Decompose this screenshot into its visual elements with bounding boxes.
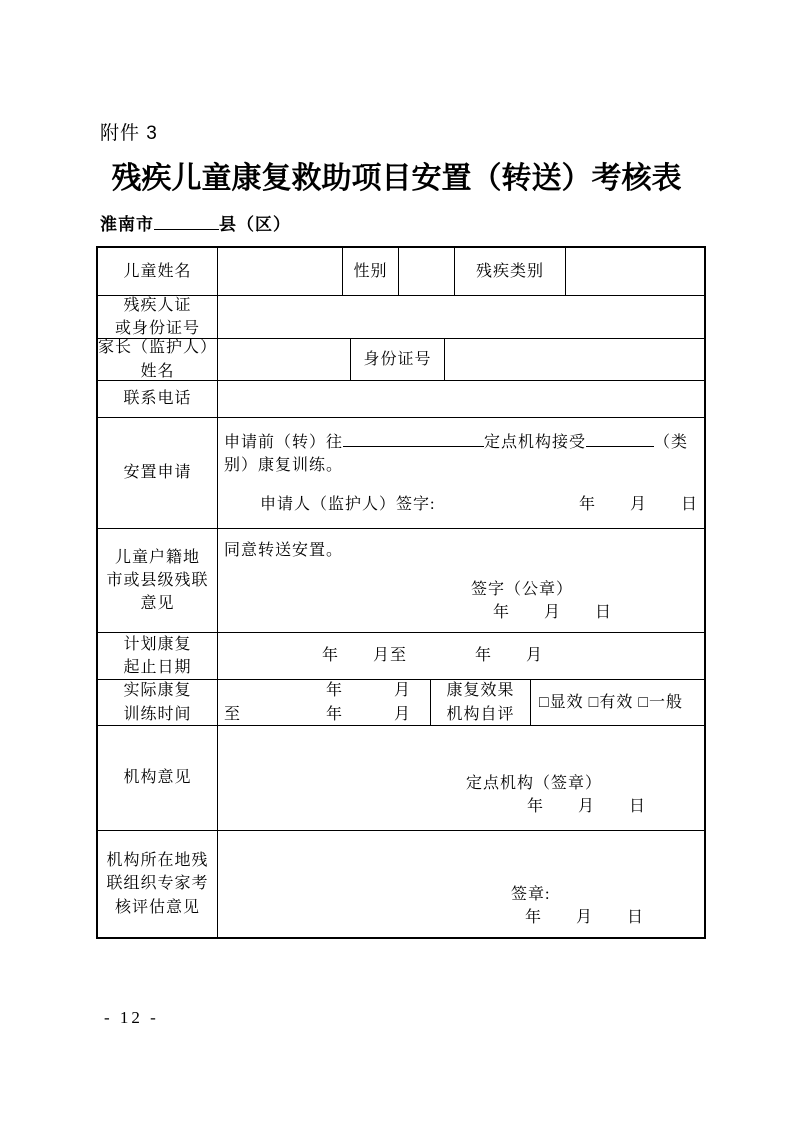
effect-label-line2: 机构自评 — [446, 703, 514, 726]
cert-label-line1: 残疾人证 — [123, 294, 191, 317]
child-name-value-cell — [217, 248, 342, 295]
actual-period-label-cell: 实际康复 训练时间 — [98, 680, 217, 725]
hukou-opinion-label-cell: 儿童户籍地 市或县级残联 意见 — [98, 529, 217, 632]
phone-value-cell — [217, 381, 704, 417]
placement-signature-row: 申请人（监护人）签字: 年 月 日 — [218, 493, 704, 528]
id-number-value-cell — [444, 339, 704, 380]
guardian-label-line1: 家长（监护人） — [98, 336, 217, 359]
placement-label: 安置申请 — [123, 461, 191, 484]
placement-text-before: 申请前（转）往 — [224, 434, 343, 451]
effect-options-cell: □显效 □有效 □一般 — [530, 680, 704, 725]
page-number: - 12 - — [104, 1008, 159, 1028]
effect-checkboxes: □显效 □有效 □一般 — [539, 691, 683, 714]
gender-label-cell: 性别 — [342, 248, 398, 295]
region-suffix: 县（区） — [219, 215, 291, 234]
region-line: 淮南市县（区） — [100, 210, 291, 235]
placement-text-middle: 定点机构接受 — [484, 434, 586, 451]
attachment-label: 附件 3 — [100, 118, 158, 145]
table-row-phone: 联系电话 — [98, 380, 704, 417]
expert-opinion-label-line2: 联组织专家考 — [106, 872, 208, 895]
actual-period-label-line1: 实际康复 — [123, 679, 191, 702]
cert-label-cell: 残疾人证 或身份证号 — [98, 296, 217, 338]
expert-date-text: 年 月 日 — [218, 906, 704, 937]
table-row-institution-opinion: 机构意见 定点机构（签章） 年 月 日 — [98, 725, 704, 830]
planned-period-value: 年 月至 年 月 — [218, 644, 543, 667]
table-row-planned-period: 计划康复 起止日期 年 月至 年 月 — [98, 632, 704, 679]
table-row-placement: 安置申请 申请前（转）往定点机构接受（类别）康复训练。 申请人（监护人）签字: … — [98, 417, 704, 528]
hukou-opinion-label-line3: 意见 — [140, 592, 174, 615]
expert-opinion-label-cell: 机构所在地残 联组织专家考 核评估意见 — [98, 831, 217, 937]
table-row-guardian: 家长（监护人） 姓名 身份证号 — [98, 338, 704, 380]
phone-label: 联系电话 — [123, 387, 191, 410]
assessment-table: 儿童姓名 性别 残疾类别 残疾人证 或身份证号 家长（监护人） 姓名 身份证号 — [96, 246, 706, 939]
gender-value-cell — [398, 248, 454, 295]
id-number-label-cell: 身份证号 — [350, 339, 444, 380]
planned-period-label-line2: 起止日期 — [123, 656, 191, 679]
table-row-actual-period: 实际康复 训练时间 年 月 至 年 月 康复效果 机构自评 □显效 □有效 □一… — [98, 679, 704, 725]
planned-period-value-cell: 年 月至 年 月 — [217, 633, 704, 679]
institution-date-text: 年 月 日 — [218, 795, 704, 830]
expert-opinion-label-line3: 核评估意见 — [115, 896, 200, 919]
child-name-label-cell: 儿童姓名 — [98, 248, 217, 295]
disability-type-value-cell — [565, 248, 704, 295]
actual-period-dates-cell: 年 月 至 年 月 — [217, 680, 430, 725]
category-blank-underline — [586, 432, 654, 447]
child-name-label: 儿童姓名 — [123, 260, 191, 283]
guardian-label-line2: 姓名 — [140, 360, 174, 383]
table-row-child: 儿童姓名 性别 残疾类别 — [98, 248, 704, 295]
institution-opinion-label-cell: 机构意见 — [98, 726, 217, 830]
hukou-opinion-content-cell: 同意转送安置。 签字（公章） 年 月 日 — [217, 529, 704, 632]
id-number-label: 身份证号 — [363, 348, 431, 371]
table-row-cert: 残疾人证 或身份证号 — [98, 295, 704, 338]
hukou-opinion-text: 同意转送安置。 — [218, 529, 704, 562]
institution-signature-label: 定点机构（签章） — [218, 772, 704, 795]
guardian-label-cell: 家长（监护人） 姓名 — [98, 339, 217, 380]
institution-blank-underline — [343, 432, 484, 447]
placement-application-text: 申请前（转）往定点机构接受（类别）康复训练。 — [218, 418, 704, 477]
institution-opinion-label: 机构意见 — [123, 766, 191, 789]
table-row-hukou-opinion: 儿童户籍地 市或县级残联 意见 同意转送安置。 签字（公章） 年 月 日 — [98, 528, 704, 632]
page-title: 残疾儿童康复救助项目安置（转送）考核表 — [0, 153, 793, 197]
disability-type-label-cell: 残疾类别 — [454, 248, 565, 295]
hukou-opinion-label-line1: 儿童户籍地 — [115, 546, 200, 569]
guardian-name-value-cell — [217, 339, 350, 380]
placement-date-text: 年 月 日 — [579, 493, 698, 516]
document-page: 附件 3 残疾儿童康复救助项目安置（转送）考核表 淮南市县（区） 儿童姓名 性别… — [0, 0, 793, 1122]
actual-period-line1: 年 月 — [218, 679, 430, 702]
expert-opinion-label-line1: 机构所在地残 — [106, 849, 208, 872]
gender-label: 性别 — [353, 260, 387, 283]
hukou-date-text: 年 月 日 — [218, 601, 704, 632]
phone-label-cell: 联系电话 — [98, 381, 217, 417]
placement-label-cell: 安置申请 — [98, 418, 217, 528]
hukou-opinion-label-line2: 市或县级残联 — [106, 569, 208, 592]
disability-type-label: 残疾类别 — [476, 260, 544, 283]
planned-period-label-cell: 计划康复 起止日期 — [98, 633, 217, 679]
table-row-expert-opinion: 机构所在地残 联组织专家考 核评估意见 签章: 年 月 日 — [98, 830, 704, 937]
hukou-signature-label: 签字（公章） — [218, 578, 704, 601]
expert-opinion-content-cell: 签章: 年 月 日 — [217, 831, 704, 937]
region-blank-underline — [154, 215, 219, 230]
actual-period-label-line2: 训练时间 — [123, 703, 191, 726]
actual-period-line2: 至 年 月 — [218, 703, 430, 726]
planned-period-label-line1: 计划康复 — [123, 633, 191, 656]
cert-value-cell — [217, 296, 704, 338]
effect-label-line1: 康复效果 — [446, 679, 514, 702]
institution-opinion-content-cell: 定点机构（签章） 年 月 日 — [217, 726, 704, 830]
expert-signature-label: 签章: — [218, 883, 704, 906]
placement-content-cell: 申请前（转）往定点机构接受（类别）康复训练。 申请人（监护人）签字: 年 月 日 — [217, 418, 704, 528]
placement-signature-label: 申请人（监护人）签字: — [260, 493, 435, 516]
effect-label-cell: 康复效果 机构自评 — [430, 680, 530, 725]
region-prefix: 淮南市 — [100, 215, 154, 234]
